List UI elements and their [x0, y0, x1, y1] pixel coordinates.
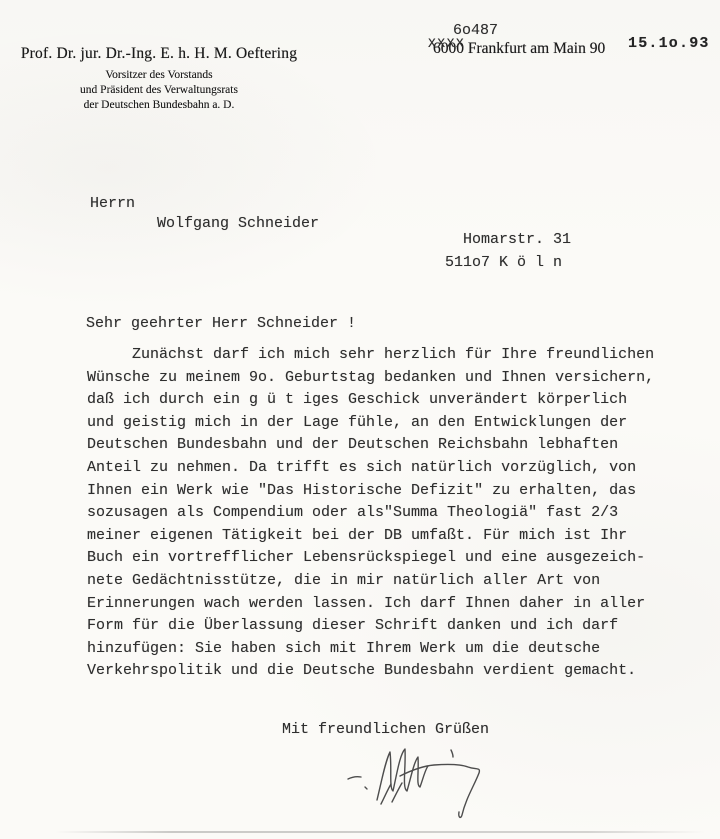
signature-stroke	[348, 777, 361, 779]
recipient-prefix: Herrn	[90, 196, 135, 211]
letterhead: Prof. Dr. jur. Dr.-Ing. E. h. H. M. Oeft…	[8, 46, 310, 113]
letter-greeting: Sehr geehrter Herr Schneider !	[86, 316, 356, 331]
signature-stroke	[451, 750, 453, 757]
recipient-city: 511o7 K ö l n	[445, 255, 562, 270]
letterhead-name: Prof. Dr. jur. Dr.-Ing. E. h. H. M. Oeft…	[8, 46, 310, 62]
recipient-street: Homarstr. 31	[463, 232, 571, 247]
city-name: Frankfurt am Main 90	[464, 40, 605, 57]
scanned-letter-page: Prof. Dr. jur. Dr.-Ing. E. h. H. M. Oeft…	[0, 0, 720, 839]
letter-closing: Mit freundlichen Grüßen	[282, 722, 489, 737]
letter-body: Zunächst darf ich mich sehr herzlich für…	[87, 344, 687, 683]
signature-stroke	[365, 787, 367, 789]
signature-stroke	[381, 784, 391, 804]
strikeout-xxxx: XXXX	[428, 37, 465, 50]
letterhead-title-2: und Präsident des Verwaltungsrats	[8, 83, 310, 98]
old-postal-code-struck: XXXX6000	[433, 41, 464, 57]
city-line: XXXX6000 Frankfurt am Main 90	[433, 41, 605, 57]
recipient-name: Wolfgang Schneider	[157, 216, 319, 231]
letterhead-title-3: der Deutschen Bundesbahn a. D.	[8, 98, 310, 113]
letterhead-title-1: Vorsitzer des Vorstands	[8, 68, 310, 83]
handwritten-signature	[288, 742, 508, 834]
scan-artifact-line	[55, 831, 705, 833]
letter-date: 15.1o.93	[628, 36, 710, 51]
